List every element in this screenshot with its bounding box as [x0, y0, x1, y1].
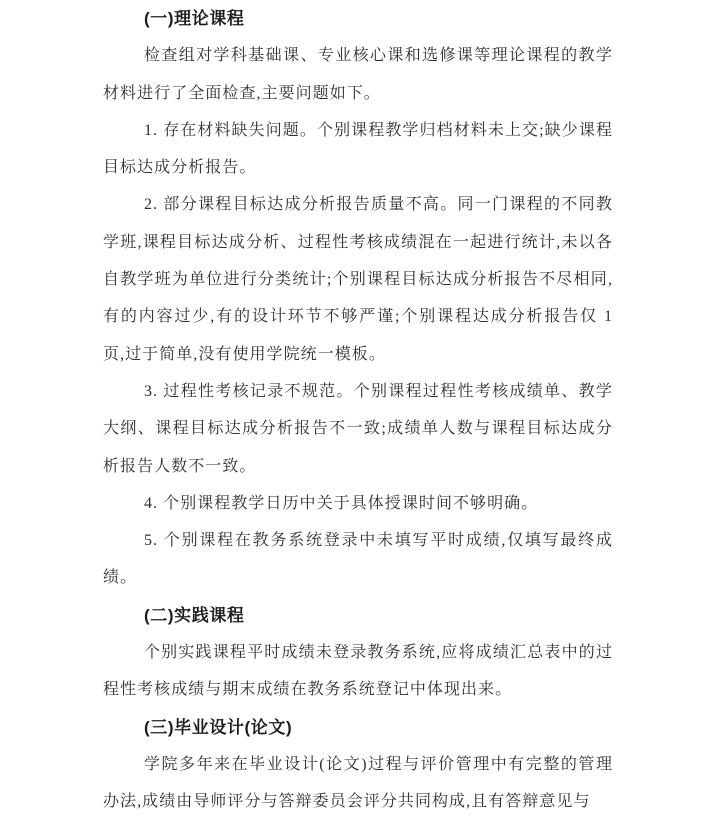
paragraph-issue-3: 3. 过程性考核记录不规范。个别课程过程性考核成绩单、教学大纲、课程目标达成分析…: [103, 373, 613, 485]
paragraph-issue-4: 4. 个别课程教学日历中关于具体授课时间不够明确。: [103, 485, 613, 522]
paragraph-practice: 个别实践课程平时成绩未登录教务系统,应将成绩汇总表中的过程性考核成绩与期末成绩在…: [103, 634, 613, 709]
paragraph-issue-1: 1. 存在材料缺失问题。个别课程教学归档材料未上交;缺少课程目标达成分析报告。: [103, 112, 613, 187]
heading-practice-courses: (二)实践课程: [103, 597, 613, 634]
paragraph-issue-2: 2. 部分课程目标达成分析报告质量不高。同一门课程的不同教学班,课程目标达成分析…: [103, 186, 613, 372]
document-page: (一)理论课程 检查组对学科基础课、专业核心课和选修课等理论课程的教学材料进行了…: [0, 0, 710, 820]
heading-graduation-design: (三)毕业设计(论文): [103, 709, 613, 746]
paragraph-graduation-design: 学院多年来在毕业设计(论文)过程与评价管理中有完整的管理办法,成绩由导师评分与答…: [103, 746, 613, 820]
paragraph-theory-intro: 检查组对学科基础课、专业核心课和选修课等理论课程的教学材料进行了全面检查,主要问…: [103, 37, 613, 112]
paragraph-issue-5: 5. 个别课程在教务系统登录中未填写平时成绩,仅填写最终成绩。: [103, 522, 613, 597]
heading-theory-courses: (一)理论课程: [103, 0, 613, 37]
